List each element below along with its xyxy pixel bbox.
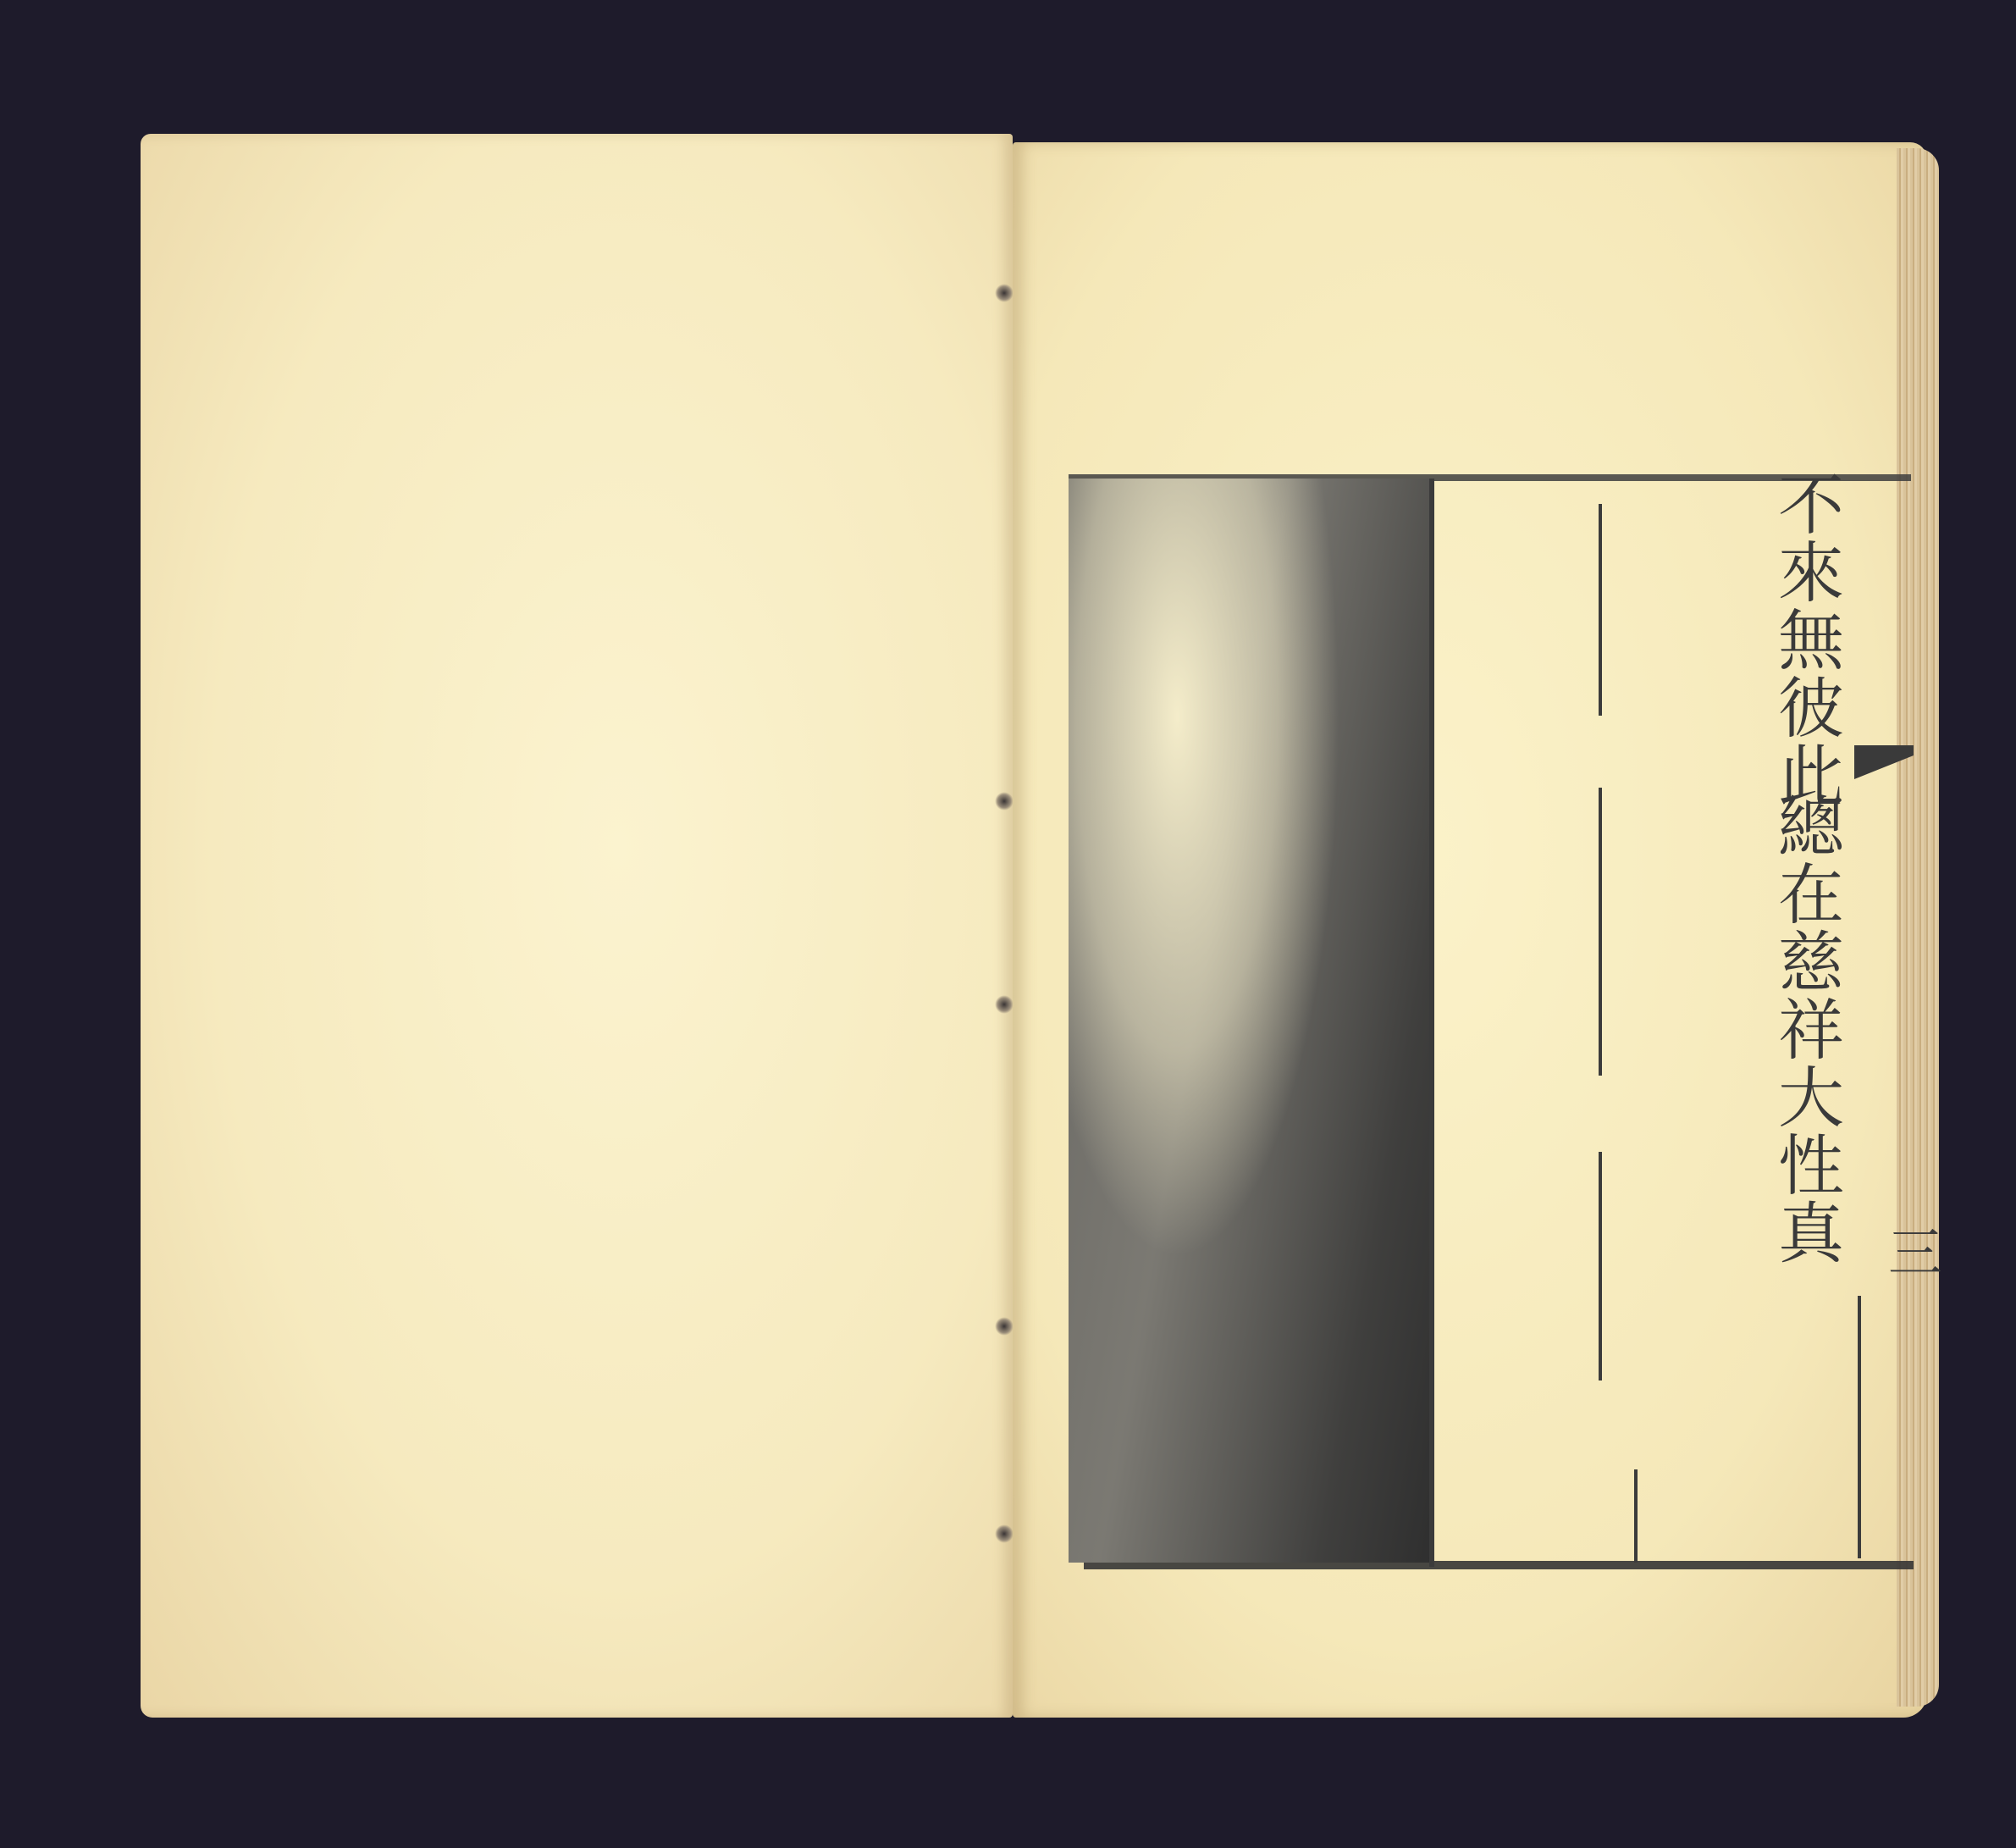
page-number: 三: [1871, 1224, 1949, 1278]
binding-stitch: [995, 995, 1014, 1014]
vertical-text-column-2: 總在慈祥大性真: [1770, 792, 1841, 1266]
column-rule: [1858, 1296, 1861, 1558]
woodblock-illustration: [1069, 479, 1431, 1563]
binding-stitch: [995, 1524, 1014, 1543]
binding-stitch: [995, 284, 1014, 302]
binding-stitch: [995, 792, 1014, 811]
column-rule: [1599, 788, 1602, 1076]
column-rule: [1634, 1469, 1638, 1563]
page-edge-stack: [1897, 148, 1939, 1707]
column-rule: [1599, 504, 1602, 716]
column-rule: [1599, 1152, 1602, 1380]
left-page-blank: [141, 134, 1013, 1718]
column-rule: [1429, 479, 1434, 1567]
binding-stitch: [995, 1317, 1014, 1336]
vertical-text-column-1: 不來無彼此: [1770, 470, 1841, 809]
